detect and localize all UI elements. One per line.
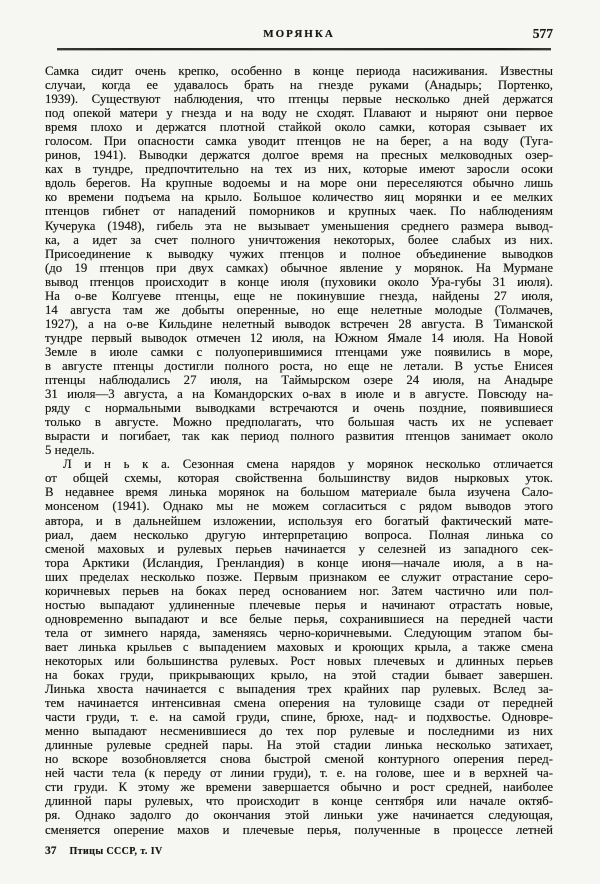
text-line: тора Арктики (Исландия, Гренландия) в ко…	[45, 556, 553, 570]
text-line: монсеном (1941). Однако мы не можем согл…	[45, 499, 553, 513]
text-line: Самка сидит очень крепко, особенно в кон…	[45, 64, 553, 78]
text-line: голосом. При опасности самка уводит птен…	[45, 134, 553, 148]
text-line: ках в тундре, предпочтительно на тех из …	[45, 162, 553, 176]
text-line: тем начинается интенсивная смена оперени…	[45, 696, 553, 710]
text-line: На о-ве Колгуеве птенцы, еще не покинувш…	[45, 289, 553, 303]
text-line: одновременно выпадают и все белые перья,…	[45, 612, 553, 626]
text-block: Самка сидит очень крепко, особенно в кон…	[45, 64, 553, 837]
text-line: Присоединение к выводку чужих птенцов и …	[45, 247, 553, 261]
paragraph-broods: Самка сидит очень крепко, особенно в кон…	[45, 64, 553, 457]
text-line: на боках груди, прикрывающих крыло, на э…	[45, 668, 553, 682]
text-line: Л и н ь к а. Сезонная смена нарядов у мо…	[45, 457, 553, 471]
text-line: ринов, 1941). Выводки держатся долгое вр…	[45, 148, 553, 162]
text-line: ших пределах несколько позже. Первым при…	[45, 570, 553, 584]
text-line: в августе птенцы достигли полного роста,…	[45, 359, 553, 373]
text-line: ко времени подъема на крыло. Большое кол…	[45, 190, 553, 204]
text-line: птенцы наблюдались 27 июля, на Таймырско…	[45, 373, 553, 387]
text-line: сменяется оперение махов и плечевые перь…	[45, 823, 553, 837]
text-line: длинные рулевые средней пары. На этой ст…	[45, 738, 553, 752]
text-line: Земле в июле самки с полуоперившимися пт…	[45, 345, 553, 359]
text-line: 1927), а на о-ве Кильдине нелетный вывод…	[45, 317, 553, 331]
text-line: вырасти и погибает, так как период полно…	[45, 429, 553, 443]
footer-sheet-number: 37	[45, 845, 57, 857]
text-line: птенцов гибнет от нападений поморников и…	[45, 204, 553, 218]
paragraph-molt: Л и н ь к а. Сезонная смена нарядов у мо…	[45, 457, 553, 836]
text-line: (до 19 птенцов при двух самках) обычное …	[45, 261, 553, 275]
page-footer: 37 Птицы СССР, т. IV	[45, 845, 553, 857]
text-line: ряду с нормальными выводками встречаются…	[45, 401, 553, 415]
text-line: вает линька крыльев с выпадением маховых…	[45, 640, 553, 654]
text-line: ностью выпадают удлиненные плечевые перь…	[45, 598, 553, 612]
text-line: автора, и в дальнейшем изложении, исполь…	[45, 514, 553, 528]
header-rule	[57, 48, 551, 50]
text-line: 5 недель.	[45, 443, 553, 457]
text-line: Кучерука (1948), гибель эта не вызывает …	[45, 219, 553, 233]
running-title: МОРЯНКА	[45, 28, 553, 40]
text-line: длинной пары рулевых, что происходит в к…	[45, 794, 553, 808]
page-header: МОРЯНКА 577	[45, 28, 553, 44]
text-line: тела от зимнего наряда, заменяясь черно-…	[45, 626, 553, 640]
text-line: тундре первый выводок отмечен 12 июля, н…	[45, 331, 553, 345]
text-line: под опекой матери у гнезда и на воду не …	[45, 106, 553, 120]
text-line: ней части тела (к переду от линии груди)…	[45, 766, 553, 780]
text-line: время плохо и держатся плотной стайкой о…	[45, 120, 553, 134]
text-line: вдоль берегов. На крупные водоемы и на м…	[45, 176, 553, 190]
text-line: вывод птенцов происходит в конце июля (п…	[45, 275, 553, 289]
text-line: ря. Однако задолго до окончания этой лин…	[45, 808, 553, 822]
text-line: некоторых или большинства рулевых. Рост …	[45, 654, 553, 668]
text-line: сменой маховых и рулевых перьев начинает…	[45, 542, 553, 556]
page-number: 577	[533, 26, 553, 42]
text-line: сти груди. К этому же времени завершаетс…	[45, 780, 553, 794]
book-page: МОРЯНКА 577 Самка сидит очень крепко, ос…	[0, 0, 600, 884]
text-line: от общей схемы, которая свойственна боль…	[45, 471, 553, 485]
text-line: коричневых перьев на боках перед основан…	[45, 584, 553, 598]
text-line: ка, а идет за счет полного уничтожения н…	[45, 233, 553, 247]
text-line: Линька хвоста начинается с выпадения тре…	[45, 682, 553, 696]
text-line: 1939). Существуют наблюдения, что птенцы…	[45, 92, 553, 106]
footer-edition-note: Птицы СССР, т. IV	[70, 846, 163, 857]
text-line: риал, даем несколько другую интерпретаци…	[45, 528, 553, 542]
text-line: но вскоре возобновляется снова быстрой с…	[45, 752, 553, 766]
text-line: 14 августа там же добыты оперенные, но е…	[45, 303, 553, 317]
text-line: 31 июля—3 августа, а на Командорских о-в…	[45, 387, 553, 401]
text-line: случаи, когда ее удавалось брать на гнез…	[45, 78, 553, 92]
text-line: В недавнее время линька морянок на больш…	[45, 485, 553, 499]
text-line: части груди, т. е. на самой груди, спине…	[45, 710, 553, 724]
text-line: только в августе. Можно предполагать, чт…	[45, 415, 553, 429]
text-line: менно выпадают несменившиеся до тех пор …	[45, 724, 553, 738]
